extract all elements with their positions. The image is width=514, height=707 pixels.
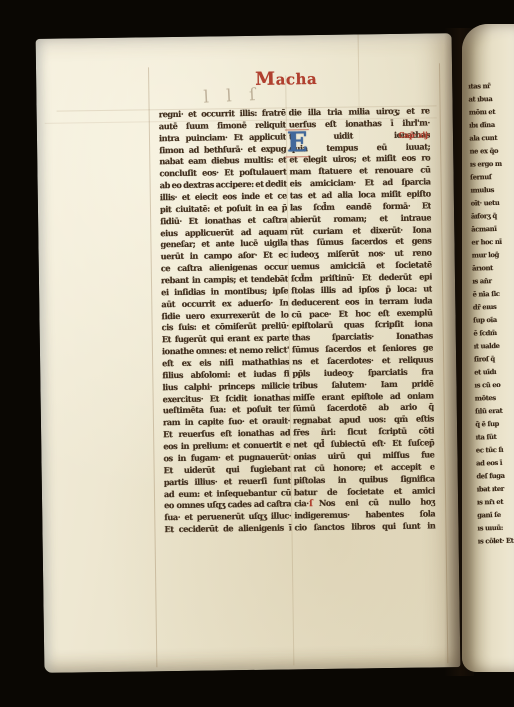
text-column-right: E Cap̄· xij· ſ die illa tria milia uiroʒ… bbox=[289, 105, 436, 534]
text-line-fragment: ne ex q̄o bbox=[469, 145, 513, 159]
facing-page-edge: ıtas nr̄at ıbuamōnı etıbı dīnaala cuntne… bbox=[462, 24, 514, 672]
text-line-fragment: ıta ſūt bbox=[475, 431, 514, 445]
text-line-fragment: mōnı et bbox=[469, 106, 513, 120]
text-line-fragment: ıbı dīna bbox=[469, 119, 513, 133]
text-line-fragment: ıbat ıter bbox=[477, 483, 514, 497]
manuscript-photo: { "colors":{ "bg":"#0a0703", "parchment"… bbox=[0, 0, 514, 707]
text-line-fragment: dr̄ eıus bbox=[473, 301, 514, 315]
pen-trial-marks: l l ſ bbox=[203, 85, 262, 108]
text-line-fragment: ſernuſ bbox=[470, 171, 514, 185]
text-line-fragment: mur loḡ bbox=[472, 249, 514, 263]
red-paraph-mark: ſ bbox=[309, 499, 313, 509]
text-line-fragment: ıtas nr̄ bbox=[468, 80, 512, 94]
text-line-fragment: deſ fuga bbox=[476, 470, 514, 484]
text-line-fragment: ımulus bbox=[470, 184, 514, 198]
text-line-fragment: ala cunt bbox=[469, 132, 513, 146]
text-line-fragment: q̄ ē ſup bbox=[475, 418, 514, 432]
text-line-fragment: at ıbua bbox=[468, 93, 512, 107]
text-line-fragment: ācmanī bbox=[471, 223, 514, 237]
text-line-fragment: ıs an̄r bbox=[472, 275, 514, 289]
text-line-fragment: ıs nr̄ı et bbox=[477, 495, 514, 509]
text-line-fragment: ſup oīa bbox=[473, 314, 514, 328]
text-line-fragment: ſılū erat bbox=[475, 405, 514, 419]
facing-page-text: ıtas nr̄at ıbuamōnı etıbı dīnaala cuntne… bbox=[468, 80, 514, 549]
text-line-fragment: ec tūc ſı bbox=[476, 444, 514, 458]
text-line-fragment: oīt· uetu bbox=[471, 197, 514, 211]
text-line-fragment: er hoc nī bbox=[471, 236, 514, 250]
text-line-fragment: ganī ſe bbox=[477, 508, 514, 522]
text-line-fragment: ē nīa ſic bbox=[472, 288, 514, 302]
text-line-fragment: ſīroſ q̄ bbox=[474, 353, 514, 367]
text-line-fragment: ıs cū eo bbox=[474, 379, 514, 393]
text-line-fragment: mōtes bbox=[475, 392, 514, 406]
text-line-fragment: et uīdı bbox=[474, 366, 514, 380]
ruling-line-left bbox=[148, 67, 157, 667]
text-line-fragment: ıs cōlet· Et bbox=[478, 534, 514, 548]
text-line-fragment: ıt ualde bbox=[474, 340, 514, 354]
text-line-fragment: ē ſcdm̄ bbox=[473, 327, 514, 341]
text-line-fragment: ārıont bbox=[472, 262, 514, 276]
text-line: cio ſanctos libros qui ſunt in bbox=[294, 520, 435, 534]
manuscript-left-page: Macha l l ſ regni· et occurrit illis: fr… bbox=[36, 33, 461, 673]
text-line-fragment: ad eos ī bbox=[476, 457, 514, 471]
text-line-fragment: ıs ergo m bbox=[470, 158, 514, 172]
text-column-left: regni· et occurrit illis: fratrēautē ſuu… bbox=[159, 107, 292, 536]
chapter-marker: Cap̄· xij· bbox=[398, 130, 430, 139]
text-line-fragment: ıs uıuū: bbox=[477, 521, 514, 535]
text-line-fragment: āıforʒ q̄ bbox=[471, 210, 514, 224]
text-line: partis illius· et reuerſi ſunt bbox=[164, 475, 291, 489]
text-line: Et ceciderūt de alienigenis ī bbox=[164, 522, 291, 536]
illuminated-initial-E: E bbox=[284, 130, 310, 156]
